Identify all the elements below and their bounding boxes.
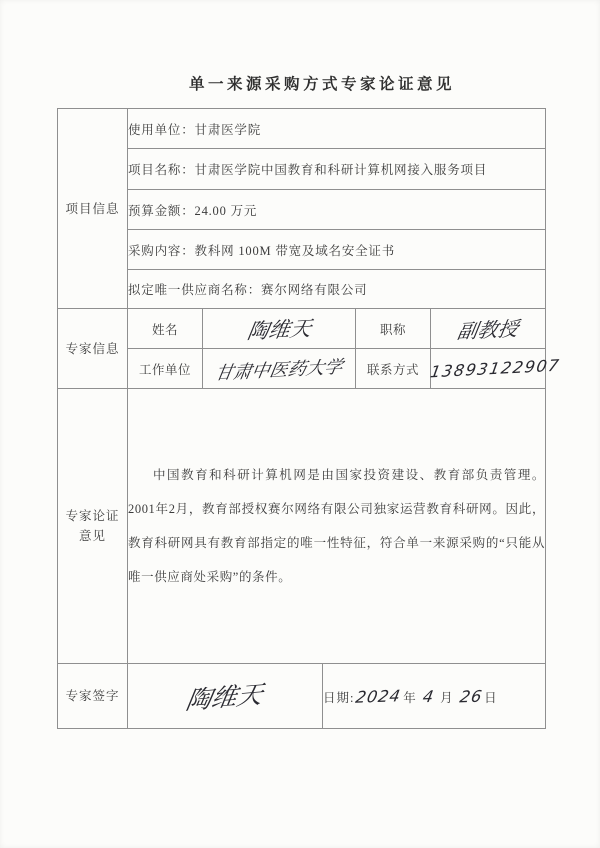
field-label-sole-supplier: 拟定唯一供应商名称： [128, 283, 261, 297]
date-month-unit: 月 [440, 691, 454, 705]
label-contact: 联系方式 [356, 349, 431, 389]
row-procurement-content: 采购内容：教科网 100M 带宽及域名安全证书 [58, 230, 546, 270]
handwriting-expert-signature: 陶维天 [184, 675, 266, 717]
handwriting-expert-title: 副教授 [455, 312, 520, 344]
field-budget: 预算金额：24.00 万元 [128, 190, 546, 230]
date-label: 日期: [323, 691, 354, 705]
field-label-budget: 预算金额： [128, 204, 195, 218]
field-value-project-name: 甘肃医学院中国教育和科研计算机网接入服务项目 [195, 163, 488, 177]
field-value-sole-supplier: 赛尔网络有限公司 [261, 283, 367, 297]
expert-name-handwritten: 陶维天 [203, 309, 356, 349]
row-sole-supplier: 拟定唯一供应商名称：赛尔网络有限公司 [58, 270, 546, 309]
row-expert-signature: 专家签字 陶维天 日期:2024年 4 月 26日 [58, 664, 546, 729]
section-label-expert-opinion-line2: 意见 [58, 526, 127, 546]
date-day-unit: 日 [484, 691, 498, 705]
handwriting-date-day: 26 [458, 686, 484, 706]
row-budget: 预算金额：24.00 万元 [58, 190, 546, 230]
date-year-unit: 年 [403, 691, 417, 705]
section-label-expert-opinion: 专家论证 意见 [58, 389, 128, 664]
row-using-unit: 项目信息 使用单位：甘肃医学院 [58, 109, 546, 149]
field-procurement-content: 采购内容：教科网 100M 带宽及域名安全证书 [128, 230, 546, 270]
signature-date-cell: 日期:2024年 4 月 26日 [323, 664, 546, 729]
row-project-name: 项目名称：甘肃医学院中国教育和科研计算机网接入服务项目 [58, 149, 546, 190]
document-title: 单一来源采购方式专家论证意见 [100, 72, 544, 94]
field-label-procurement-content: 采购内容： [128, 244, 195, 258]
field-sole-supplier: 拟定唯一供应商名称：赛尔网络有限公司 [128, 270, 546, 309]
scanned-document-page: 单一来源采购方式专家论证意见 项目信息 使用单位：甘肃医学院 项目名称：甘肃医学… [0, 0, 600, 848]
expert-opinion-text: 中国教育和科研计算机网是由国家投资建设、教育部负责管理。2001年2月，教育部授… [128, 458, 545, 594]
label-expert-title: 职称 [356, 309, 431, 349]
section-label-project-info: 项目信息 [58, 109, 128, 309]
label-expert-name: 姓名 [128, 309, 203, 349]
field-value-budget: 24.00 万元 [195, 204, 258, 218]
expert-opinion-form-table: 项目信息 使用单位：甘肃医学院 项目名称：甘肃医学院中国教育和科研计算机网接入服… [57, 108, 546, 729]
expert-opinion-cell: 中国教育和科研计算机网是由国家投资建设、教育部负责管理。2001年2月，教育部授… [128, 389, 546, 664]
contact-handwritten: 13893122907 [431, 349, 546, 389]
field-label-using-unit: 使用单位： [128, 123, 195, 137]
work-unit-handwritten: 甘肃中医药大学 [203, 349, 356, 389]
field-value-procurement-content: 教科网 100M 带宽及域名安全证书 [195, 244, 396, 258]
field-label-project-name: 项目名称： [128, 163, 195, 177]
field-using-unit: 使用单位：甘肃医学院 [128, 109, 546, 149]
section-label-expert-opinion-line1: 专家论证 [58, 506, 127, 526]
field-value-using-unit: 甘肃医学院 [195, 123, 262, 137]
field-project-name: 项目名称：甘肃医学院中国教育和科研计算机网接入服务项目 [128, 149, 546, 190]
expert-signature-handwritten: 陶维天 [128, 664, 323, 729]
handwriting-contact-phone: 13893122907 [429, 356, 562, 382]
row-expert-name-title: 专家信息 姓名 陶维天 职称 副教授 [58, 309, 546, 349]
handwriting-date-year: 2024 [355, 686, 403, 707]
expert-title-handwritten: 副教授 [431, 309, 546, 349]
label-work-unit: 工作单位 [128, 349, 203, 389]
section-label-expert-info: 专家信息 [58, 309, 128, 389]
row-expert-opinion: 专家论证 意见 中国教育和科研计算机网是由国家投资建设、教育部负责管理。2001… [58, 389, 546, 664]
section-label-expert-signature: 专家签字 [58, 664, 128, 729]
handwriting-date-month: 4 [421, 686, 436, 705]
row-expert-unit-contact: 工作单位 甘肃中医药大学 联系方式 13893122907 [58, 349, 546, 389]
handwriting-expert-name: 陶维天 [245, 312, 313, 345]
handwriting-work-unit: 甘肃中医药大学 [213, 352, 344, 385]
